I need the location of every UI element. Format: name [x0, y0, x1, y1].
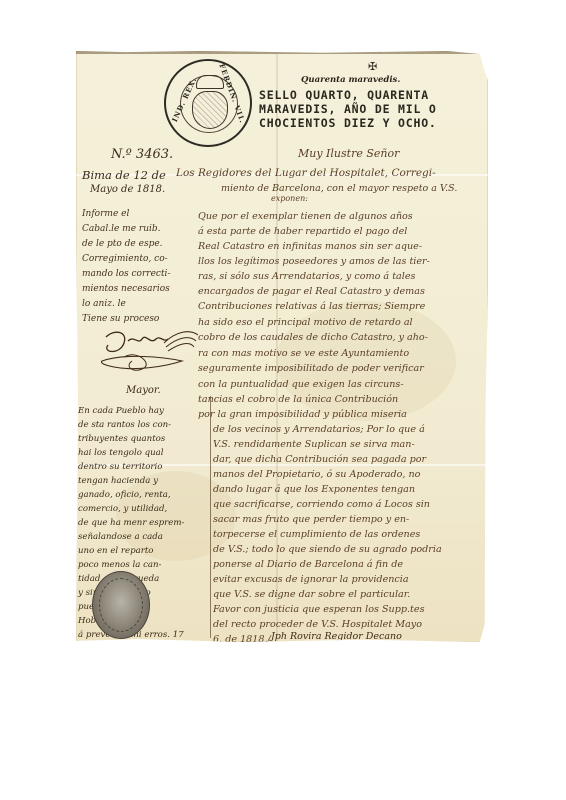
cross-icon: ✠ — [368, 60, 377, 73]
margin-note2-line: hai los tengolo qual — [78, 448, 164, 458]
intro-line: miento de Barcelona, con el mayor respet… — [221, 183, 457, 194]
body-line: 6. de 1818./ — [213, 634, 271, 645]
body-line: evitar excusas de ignorar la providencia — [213, 574, 409, 585]
margin-note-line: de le pto de espe. — [82, 239, 163, 249]
body-line: que sacrificarse, corriendo como á Locos… — [213, 499, 430, 510]
body-line: dar, que dicha Contribución sea pagada p… — [213, 454, 426, 465]
body-line: de V.S.; todo lo que siendo de su agrado… — [213, 544, 442, 555]
margin-note2-line: tribuyentes quantos — [78, 434, 165, 444]
body-line: ha sido eso el principal motivo de retar… — [198, 317, 413, 328]
margin-note-line: Tiene su proceso — [82, 314, 159, 324]
document-page: IND. REX. FERDIN. VII. ✠ Quarenta marave… — [76, 51, 488, 642]
signature-regidor-2: Fran.co Negre Reg.r — [376, 663, 465, 673]
body-line: ra con mas motivo se ve este Ayuntamient… — [198, 348, 409, 359]
body-line: encargados de pagar el Real Catastro y d… — [198, 286, 425, 297]
margin-note-line: Cabal.le me ruib. — [82, 224, 161, 234]
margin-note2-line: ganado, oficio, renta, — [78, 490, 171, 500]
stamp-header-line-2: MARAVEDIS, AÑO DE MIL O — [259, 102, 437, 116]
denomination-label: Quarenta maravedis. — [301, 75, 400, 85]
margin-note2-line: En cada Pueblo hay — [78, 406, 164, 416]
margin-note-line: lo aniz. le — [82, 299, 126, 309]
royal-stamp-seal: IND. REX. FERDIN. VII. — [164, 59, 252, 147]
body-line: Real Catastro en infinitas manos sin ser… — [198, 241, 422, 252]
body-line: á esta parte de haber repartido el pago … — [198, 226, 407, 237]
intro-line: Los Regidores del Lugar del Hospitalet, … — [176, 167, 436, 179]
margin-note-line: Corregimiento, co- — [82, 254, 168, 264]
margin-note2-line: de que ha menr esprem- — [78, 518, 184, 528]
coat-of-arms-icon — [192, 91, 228, 129]
margin-abbrev: Mayor. — [126, 385, 161, 396]
body-line: V.S. rendidamente Suplican se sirva man- — [213, 439, 415, 450]
body-line: que V.S. se digne dar sobre el particula… — [213, 589, 410, 600]
body-line: Favor con justicia que esperan los Supp.… — [213, 604, 425, 615]
margin-note2-line: poco menos la can- — [78, 560, 161, 570]
margin-note2-line: tengan hacienda y — [78, 476, 158, 486]
salutation: Muy Ilustre Señor — [298, 147, 399, 160]
body-line: manos del Propietario, ó su Apoderado, n… — [213, 469, 420, 480]
stamp-header-line-3: CHOCIENTOS DIEZ Y OCHO. — [259, 116, 437, 130]
margin-note2-line: señalandose a cada — [78, 532, 163, 542]
signature-regidor-decano: Jph Rovira Regidor Decano — [271, 631, 402, 642]
margin-date-line-1: Bima de 12 de — [82, 168, 166, 182]
margin-note2-line: comercio, y utilidad, — [78, 504, 167, 514]
body-line: del recto proceder de V.S. Hospitalet Ma… — [213, 619, 422, 630]
body-line: con la puntualidad que exigen las circun… — [198, 379, 404, 390]
body-line: llos los legítimos poseedores y amos de … — [198, 256, 430, 267]
rubric-flourish-icon — [94, 327, 204, 383]
signature-regidor-label: Regidor — [324, 663, 358, 673]
intro-line: exponen: — [271, 194, 308, 203]
body-line: ras, si sólo sus Arrendatarios, y como á… — [198, 271, 415, 282]
margin-date-line-2: Mayo de 1818. — [90, 184, 165, 195]
signature-regidor: Bartholome Martí Regidor. — [214, 647, 330, 657]
margin-note2-line: uno en el reparto — [78, 546, 153, 556]
body-line: por la gran imposibilidad y pública mise… — [198, 409, 407, 420]
body-line: dando lugar á que los Exponentes tengan — [213, 484, 415, 495]
document-number: N.º 3463. — [111, 147, 173, 162]
body-line: Que por el exemplar tienen de algunos añ… — [198, 211, 413, 222]
stamp-header-line-1: SELLO QUARTO, QUARENTA — [259, 88, 429, 102]
body-line: tancias el cobro de la única Contribució… — [198, 394, 398, 405]
body-line: seguramente imposibilitado de poder veri… — [198, 363, 424, 374]
body-line: cobro de los caudales de dicho Catastro,… — [198, 332, 428, 343]
body-line: ponerse al Diario de Barcelona á fin de — [213, 559, 403, 570]
body-line: sacar mas fruto que perder tiempo y en- — [213, 514, 409, 525]
body-line: de los vecinos y Arrendatarios; Por lo q… — [213, 424, 425, 435]
margin-note2-line: dentro su territorio — [78, 462, 162, 472]
body-line: torpecerse el cumplimiento de las ordene… — [213, 529, 420, 540]
embossed-seal-icon — [92, 571, 150, 639]
margin-note2-line: de sta rantos los con- — [78, 420, 171, 430]
margin-note-line: mientos necesarios — [82, 284, 170, 294]
signature-por: Por Salvador Malla — [306, 649, 398, 660]
body-line: Contribuciones relativas á las tierras; … — [198, 301, 425, 312]
crown-icon — [196, 75, 224, 89]
margin-note-line: mando los correcti- — [82, 269, 170, 279]
margin-note-line: Informe el — [82, 209, 129, 219]
